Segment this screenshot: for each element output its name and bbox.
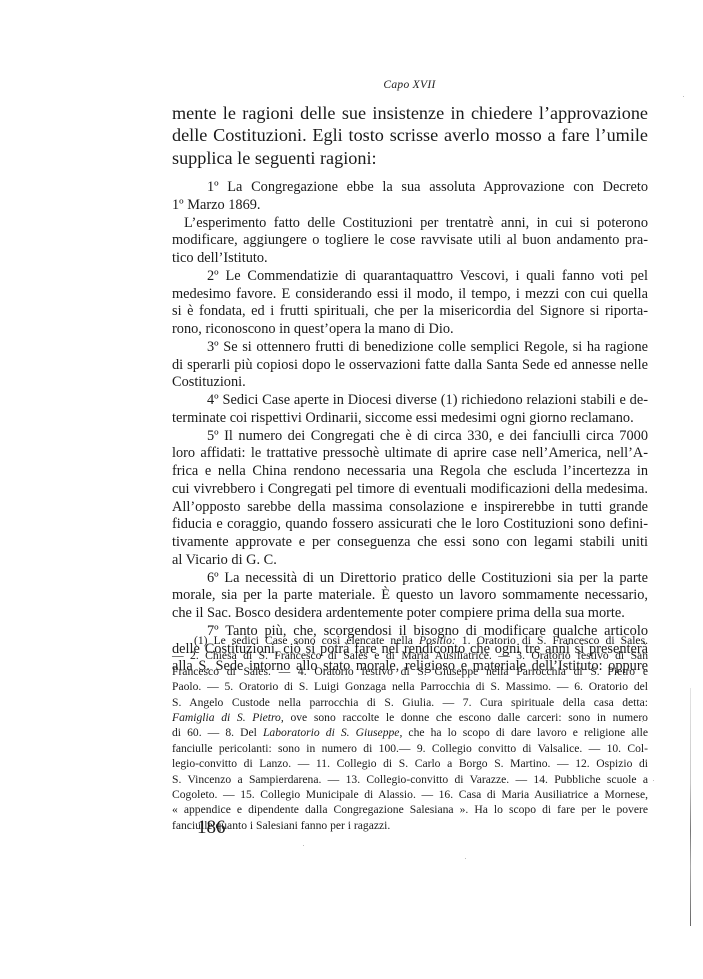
reason-5-line: cui vivrebbero i Congregati pel timore d… [172,481,648,499]
reason-5-line: 5º Il numero dei Congregati che è di cir… [172,428,648,446]
reason-2-line: rono, riconoscono in quest’opera la mano… [172,321,648,339]
reason-5-line: tivamente approvate e per conseguenza ch… [172,534,648,552]
running-head: Capo XVII [172,79,647,91]
page-number: 186 [197,817,226,839]
reason-1-line: modificare, aggiungere o togliere le cos… [172,232,648,250]
scan-speck [465,858,466,859]
scan-speck [642,721,643,722]
reason-1-line: tico dell’Istituto. [172,250,648,268]
document-page: Capo XVII mente le ragioni delle sue ins… [0,0,703,979]
reason-3-line: 3º Se si ottennero frutti di benedizione… [172,339,648,357]
reason-1-line: 1º La Congregazione ebbe la sua assoluta… [172,179,648,197]
reason-5-line: al Vicario di G. C. [172,552,648,570]
italic-title: Laboratorio di S. Giuseppe, [263,726,402,739]
reason-3-line: di sperarli più copiosi dopo le osservaz… [172,357,648,375]
reason-3-line: Costituzioni. [172,374,648,392]
scan-speck [653,780,654,781]
reason-2-line: 2º Le Commendatizie di quarantaquattro V… [172,268,648,286]
reason-6-line: morale, sia per la parte materiale. È qu… [172,587,648,605]
footnote-line: Cogoleto. — 15. Collegio Municipale di A… [172,787,648,802]
reason-5-line: frica e nella China rendono necessaria u… [172,463,648,481]
intro-line: delle Costituzioni. Egli tosto scrisse a… [172,124,648,146]
reason-1-line: L’esperimento fatto delle Costituzioni p… [172,215,648,233]
footnote-line: fanciulle pericolanti: sono in numero di… [172,741,648,756]
footnote-line: « appendice e dipendente dalla Congregaz… [172,802,648,817]
reason-5-line: fiducia e coraggio, quando fossero assic… [172,516,648,534]
footnote-line: Francesco di Sales. — 4. Oratorio festiv… [172,664,648,679]
reason-5-line: All’opposto sarebbe della massima consol… [172,499,648,517]
scan-speck [303,845,304,846]
reason-6-line: 6º La necessità di un Direttorio pratico… [172,570,648,588]
footnote-line: Paolo. — 5. Oratorio di S. Luigi Gonzaga… [172,679,648,694]
reason-4-line: 4º Sedici Case aperte in Diocesi diverse… [172,392,648,410]
reasons-list: 1º La Congregazione ebbe la sua assoluta… [172,179,648,676]
intro-paragraph: mente le ragioni delle sue insistenze in… [172,102,648,169]
reason-2-line: si è fondata, ed i frutti spirituali, ch… [172,303,648,321]
reason-5-line: loro affidati: le trattative pressochè u… [172,445,648,463]
footnote-line: fanciulle quanto i Salesiani fanno per i… [172,818,648,833]
footnote: (1) Le sedici Case sono così elencate ne… [172,633,648,833]
reason-6-line: che il Sac. Bosco desidera ardentemente … [172,605,648,623]
footnote-line: S. Angelo Custode nella parrocchia di S.… [172,695,648,710]
footnote-line: di 60. — 8. Del Laboratorio di S. Giusep… [172,725,648,740]
italic-title: Famiglia di S. Pietro, [172,711,284,724]
footnote-line: S. Vincenzo a Sampierdarena. — 13. Colle… [172,772,648,787]
scan-speck [683,96,684,97]
footnote-line: (1) Le sedici Case sono così elencate ne… [172,633,648,648]
italic-title: Positio: [419,634,456,647]
footnote-line: Famiglia di S. Pietro, ove sono raccolte… [172,710,648,725]
footnote-line: legio-convitto di Lanzo. — 11. Collegio … [172,756,648,771]
reason-1-line: 1º Marzo 1869. [172,197,648,215]
reason-2-line: medesimo favore. E considerando essi il … [172,286,648,304]
reason-4-line: terminate coi rispettivi Ordinarii, sicc… [172,410,648,428]
footnote-line: — 2. Chiesa di S. Francesco di Sales e d… [172,648,648,663]
intro-line: supplica le seguenti ragioni: [172,147,648,169]
intro-line: mente le ragioni delle sue insistenze in… [172,102,648,124]
scan-artifact-line [690,688,691,926]
